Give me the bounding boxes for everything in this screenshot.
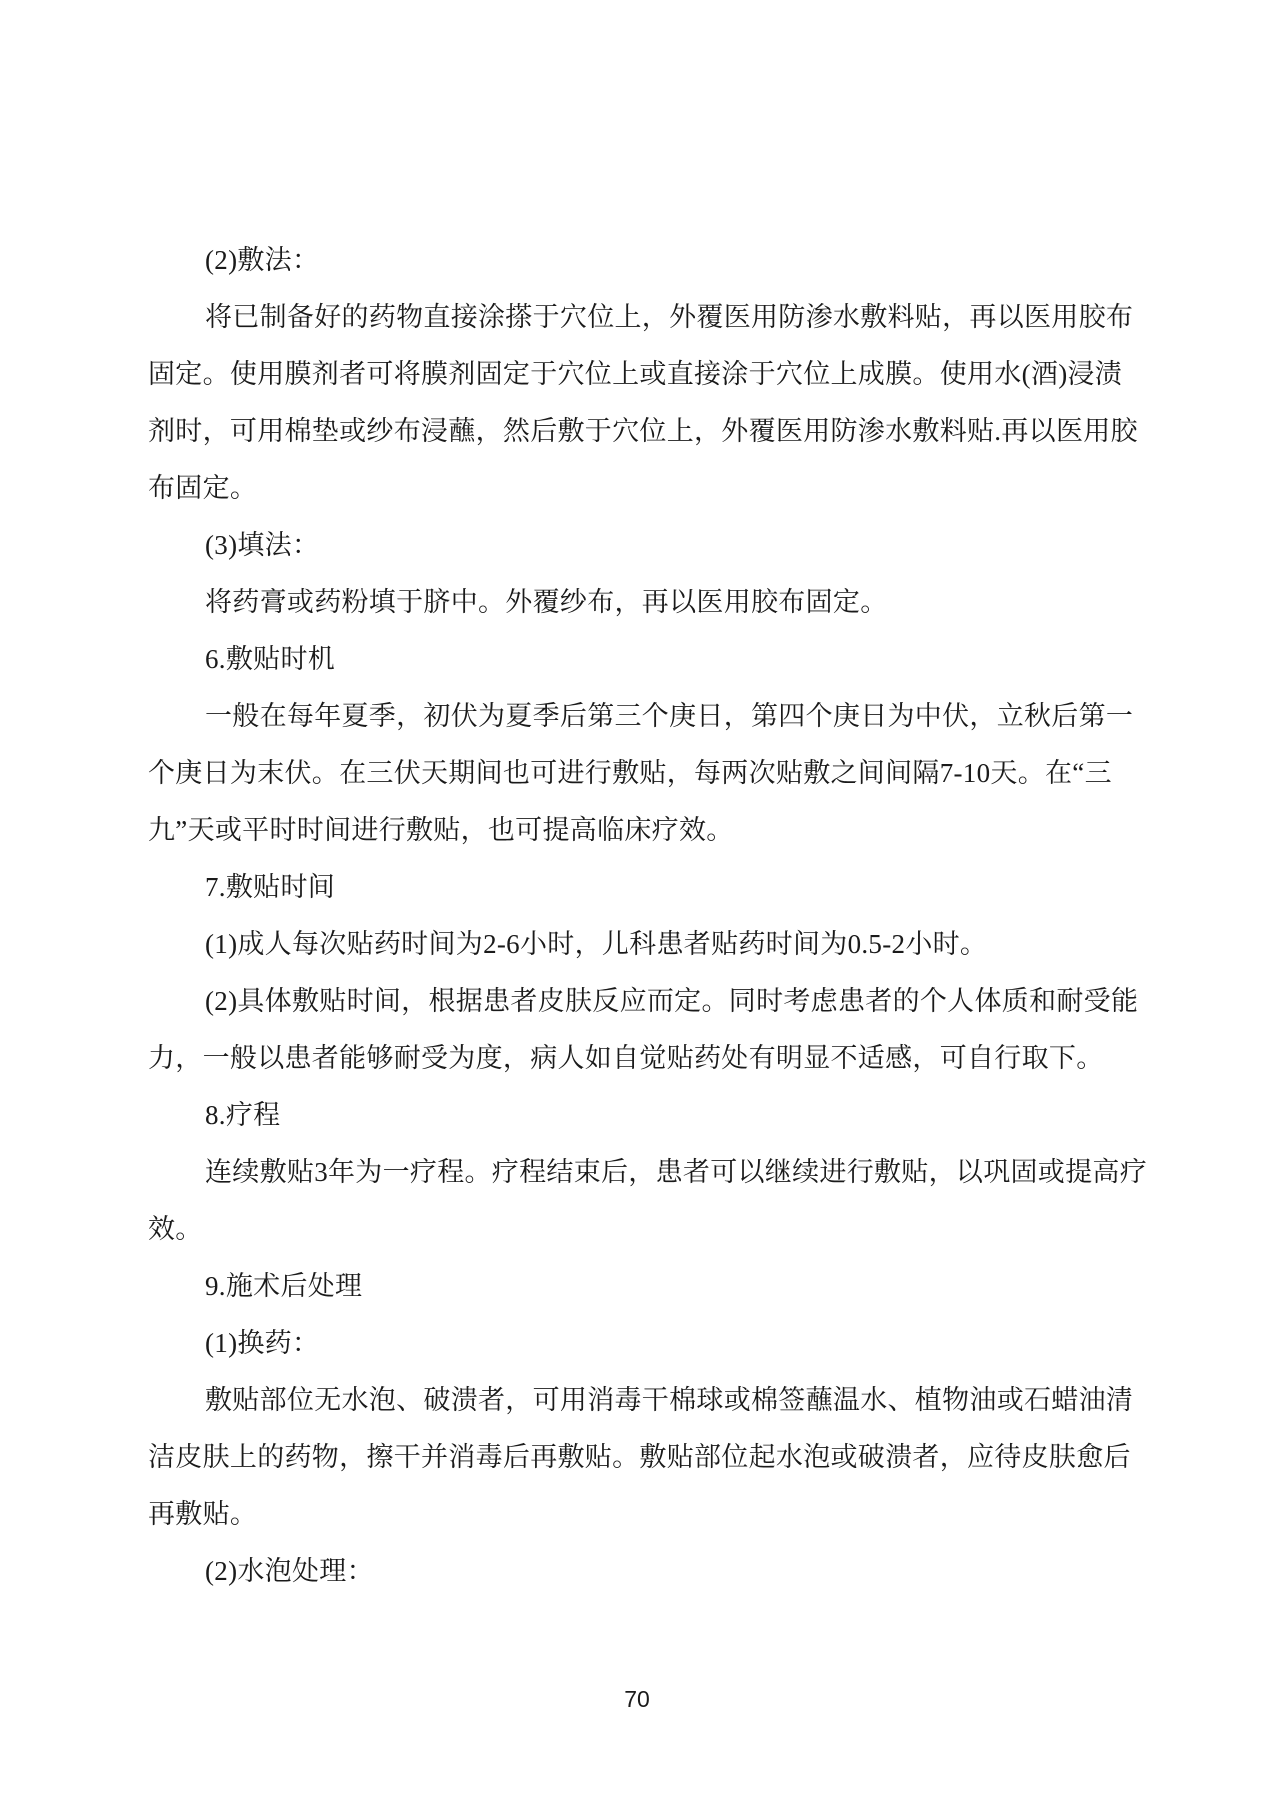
text-line: 洁皮肤上的药物，擦干并消毒后再敷贴。敷贴部位起水泡或破溃者，应待皮肤愈后 <box>148 1429 1138 1486</box>
document-page: (2)敷法： 将已制备好的药物直接涂搽于穴位上，外覆医用防渗水敷料贴，再以医用胶… <box>0 0 1274 1801</box>
text-line: 力，一般以患者能够耐受为度，病人如自觉贴药处有明显不适感，可自行取下。 <box>148 1030 1138 1087</box>
text-line: 将已制备好的药物直接涂搽于穴位上，外覆医用防渗水敷料贴，再以医用胶布 <box>148 289 1138 346</box>
text-line: 连续敷贴3年为一疗程。疗程结束后，患者可以继续进行敷贴，以巩固或提高疗 <box>148 1144 1138 1201</box>
text-line: (1)换药： <box>148 1315 1138 1372</box>
text-line: 敷贴部位无水泡、破溃者，可用消毒干棉球或棉签蘸温水、植物油或石蜡油清 <box>148 1372 1138 1429</box>
text-line: 一般在每年夏季，初伏为夏季后第三个庚日，第四个庚日为中伏，立秋后第一 <box>148 688 1138 745</box>
section-heading: 8.疗程 <box>148 1087 1138 1144</box>
text-line: 固定。使用膜剂者可将膜剂固定于穴位上或直接涂于穴位上成膜。使用水(酒)浸渍 <box>148 346 1138 403</box>
section-heading: 7.敷贴时间 <box>148 859 1138 916</box>
text-line: 布固定。 <box>148 460 1138 517</box>
text-line: 九”天或平时时间进行敷贴，也可提高临床疗效。 <box>148 802 1138 859</box>
text-line: (2)具体敷贴时间，根据患者皮肤反应而定。同时考虑患者的个人体质和耐受能 <box>148 973 1138 1030</box>
text-block: (2)敷法： 将已制备好的药物直接涂搽于穴位上，外覆医用防渗水敷料贴，再以医用胶… <box>148 232 1138 1600</box>
text-line: 再敷贴。 <box>148 1486 1138 1543</box>
text-line: 剂时，可用棉垫或纱布浸蘸，然后敷于穴位上，外覆医用防渗水敷料贴.再以医用胶 <box>148 403 1138 460</box>
text-line: 将药膏或药粉填于脐中。外覆纱布，再以医用胶布固定。 <box>148 574 1138 631</box>
section-heading: 9.施术后处理 <box>148 1258 1138 1315</box>
text-line: (1)成人每次贴药时间为2-6小时，儿科患者贴药时间为0.5-2小时。 <box>148 916 1138 973</box>
section-heading: 6.敷贴时机 <box>148 631 1138 688</box>
text-line: 效。 <box>148 1201 1138 1258</box>
text-line: (2)敷法： <box>148 232 1138 289</box>
text-line: (3)填法： <box>148 517 1138 574</box>
text-line: 个庚日为末伏。在三伏天期间也可进行敷贴，每两次贴敷之间间隔7-10天。在“三 <box>148 745 1138 802</box>
page-number: 70 <box>0 1686 1274 1713</box>
text-line: (2)水泡处理： <box>148 1543 1138 1600</box>
